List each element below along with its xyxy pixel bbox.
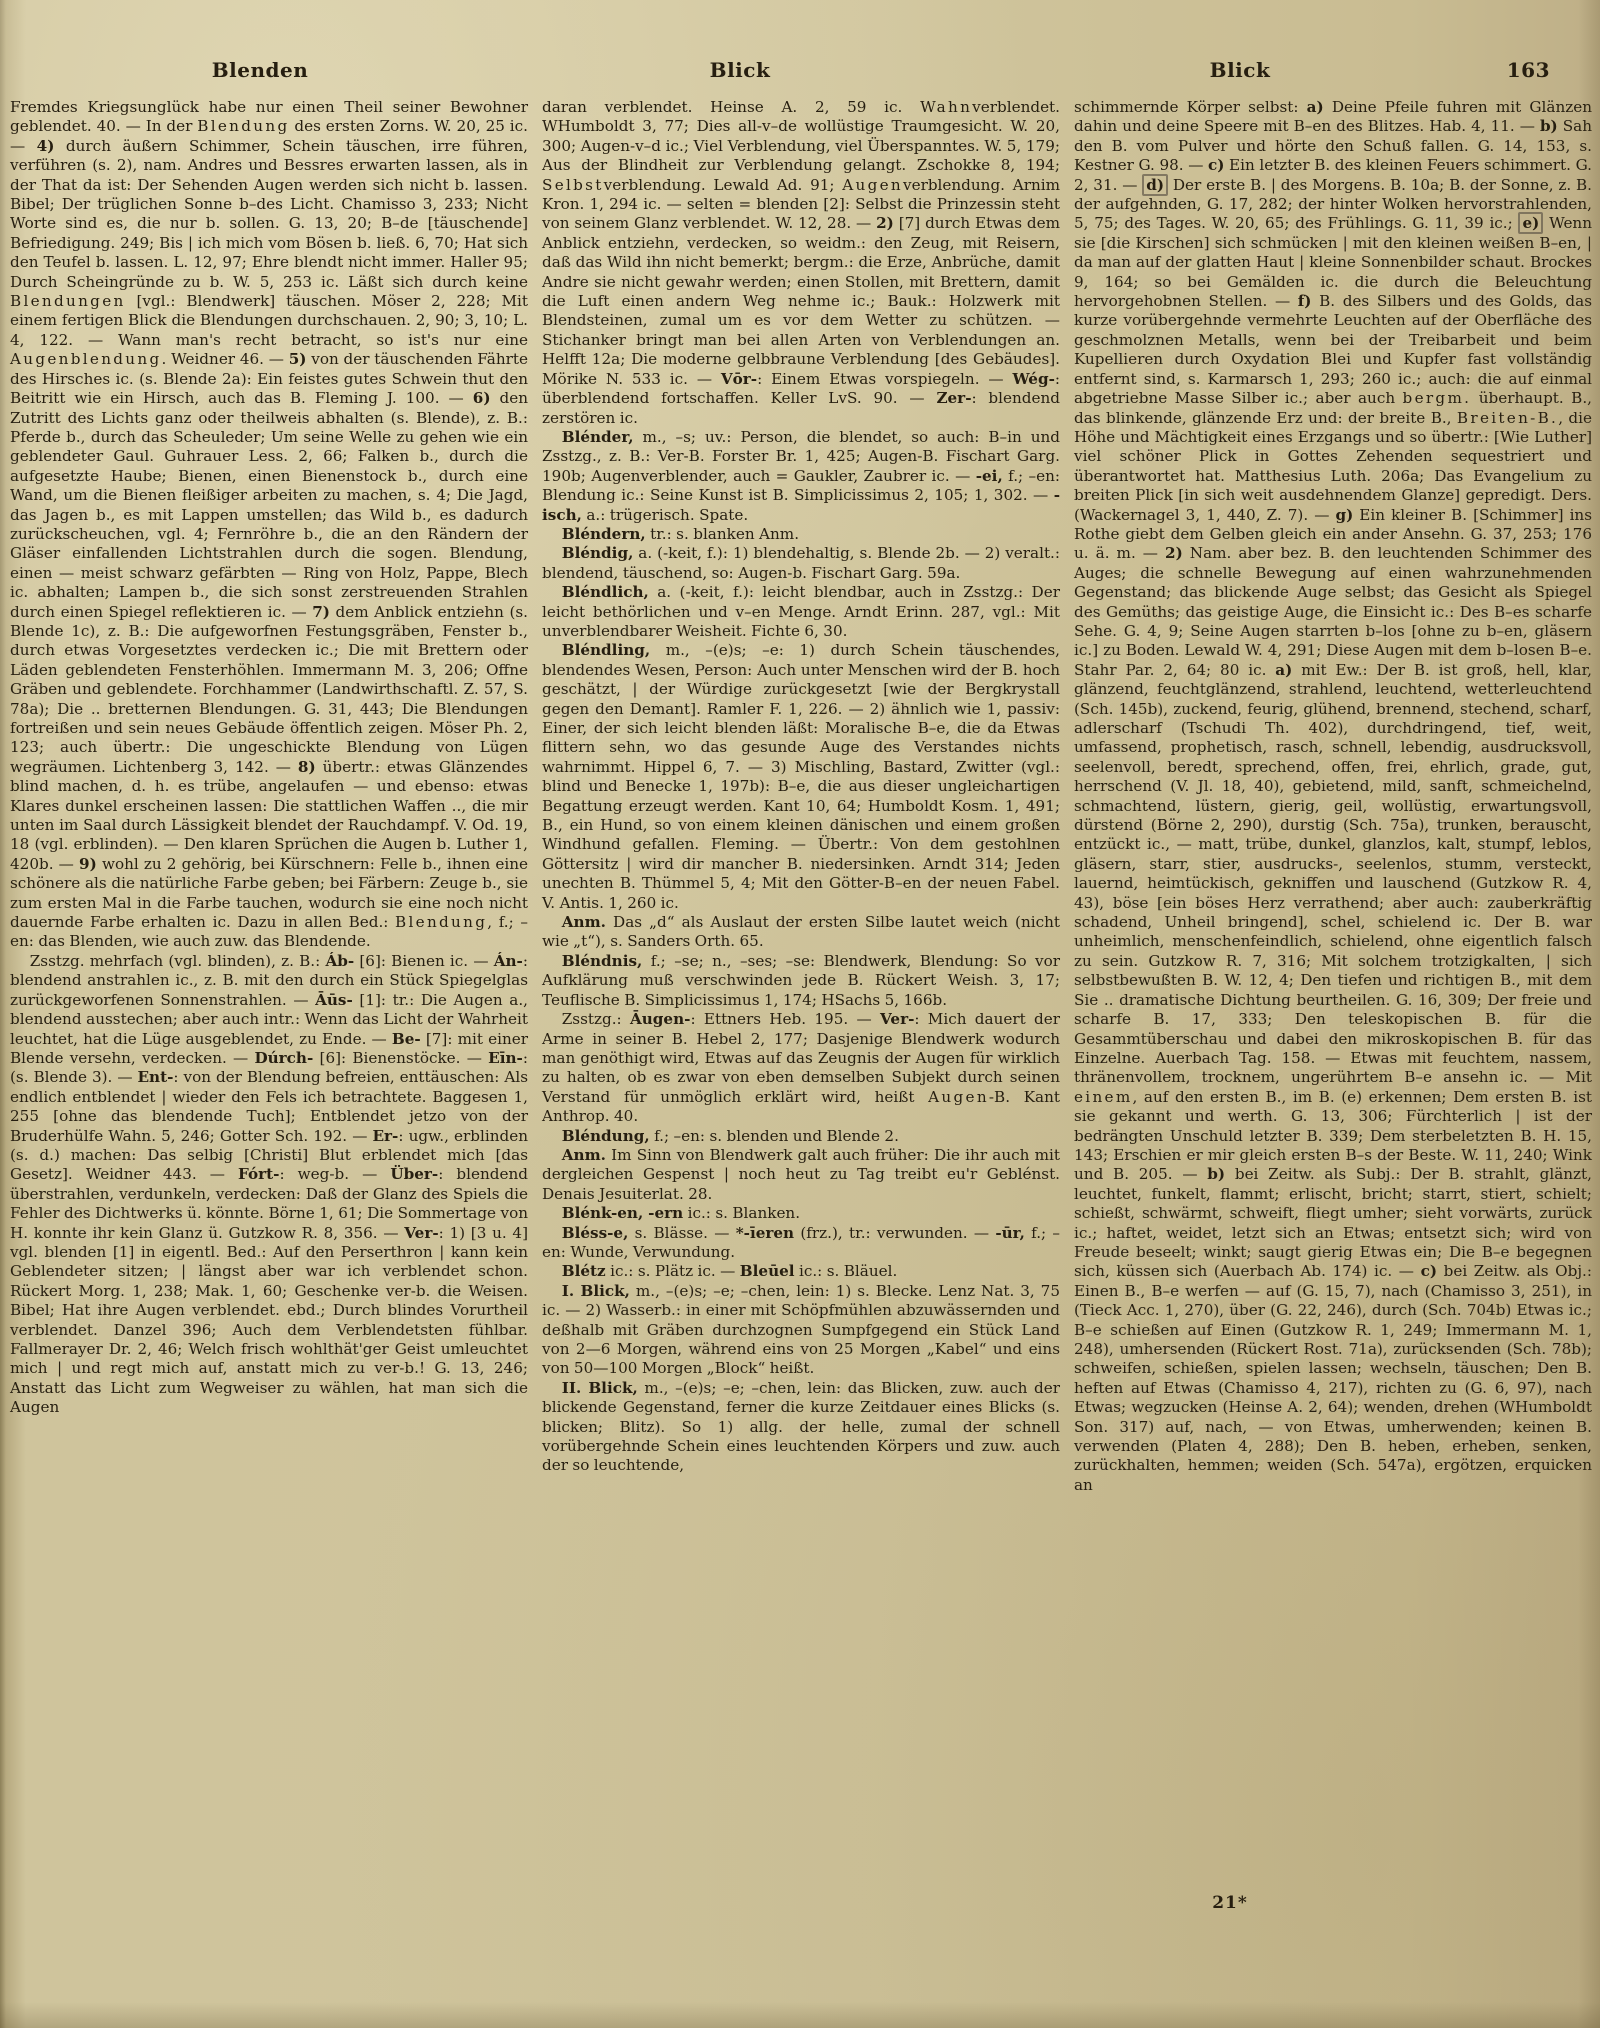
headword: Āugen- (630, 1010, 690, 1028)
headword: c) (1208, 156, 1224, 174)
headword: -ūr, (995, 1224, 1025, 1242)
headword: 6) (473, 389, 491, 407)
text-run: : Einem Etwas vorspiegeln. — (757, 370, 1012, 388)
paragraph: Bléndig, a. (-keit, f.): 1) blendehaltig… (542, 544, 1060, 583)
text-run: ic.: s. Bläuel. (795, 1262, 898, 1280)
headword: Anm. (562, 1146, 606, 1164)
headword: Eīn- (488, 1049, 523, 1067)
headword: 7) (312, 603, 330, 621)
headword: 9) (79, 855, 97, 873)
spaced-text: Selbst (542, 176, 604, 194)
headword: Blétz (562, 1262, 606, 1280)
text-run: Im Sinn von Blendwerk galt auch früher: … (542, 1146, 1060, 1203)
text-run: s. Blässe. — (628, 1224, 735, 1242)
paragraph: Blétz ic.: s. Plätz ic. — Bleūel ic.: s.… (542, 1262, 1060, 1281)
sheet-signature: 21* (1150, 1893, 1310, 1913)
spaced-text: Augen (842, 176, 903, 194)
text-run: : Ettners Heb. 195. — (690, 1010, 880, 1028)
paragraph: Bléndung, f.; –en: s. blenden und Blende… (542, 1127, 1060, 1146)
page-number: 163 (1420, 58, 1550, 82)
text-run: bei Zeitw. als Obj.: Einen B., B–e werfe… (1074, 1262, 1592, 1493)
headword: a) (1307, 98, 1324, 116)
scanned-dictionary-page: { "page": { "header": { "left": "Blenden… (0, 0, 1600, 2028)
text-run: dem Anblick entziehn (s. Blende 1c), z. … (10, 603, 528, 776)
text-run: (frz.), tr.: verwunden. — (794, 1224, 995, 1242)
headword: Bléndlich, (562, 583, 649, 601)
headword: Bléndnis, (562, 952, 643, 970)
headword: b) (1540, 117, 1558, 135)
paragraph: Bléss-e, s. Blässe. — *-īeren (frz.), tr… (542, 1224, 1060, 1263)
headword: Bléndig, (562, 544, 634, 562)
spaced-text: Augenblendung (10, 350, 162, 368)
text-run: den Zutritt des Lichts ganz oder theilwe… (10, 389, 528, 620)
paragraph: Zsstzg.: Āugen-: Ettners Heb. 195. — Ver… (542, 1010, 1060, 1126)
headword: Áb- (325, 952, 354, 970)
pencil-annotation: e) (1518, 212, 1543, 234)
text-run: : 1) [3 u. 4] vgl. blenden [1] in eigent… (10, 1224, 528, 1417)
spaced-text: einem (1074, 1088, 1133, 1106)
headword: Bléss-e, (562, 1224, 629, 1242)
spaced-text: Blendung (395, 913, 487, 931)
text-area: Fremdes Kriegsunglück habe nur einen The… (10, 98, 1592, 1495)
headword: a) (1275, 661, 1292, 679)
headword: 8) (298, 758, 316, 776)
headword: Blénder, (562, 428, 634, 446)
spaced-text: Blendungen (10, 292, 126, 310)
text-run: Zsstzg. mehrfach (vgl. blinden), z. B.: (30, 952, 326, 970)
text-run: m., –(e)s; –e: 1) durch Schein täuschend… (542, 641, 1060, 911)
headword: Bleūel (740, 1262, 795, 1280)
paragraph: Fremdes Kriegsunglück habe nur einen The… (10, 98, 528, 952)
column-right: schimmernde Körper selbst: a) Deine Pfei… (1074, 98, 1592, 1495)
spaced-text: Wahn (920, 98, 972, 116)
text-run: daran verblendet. Heinse A. 2, 59 ic. (542, 98, 920, 116)
headword: Āūs- (315, 991, 353, 1009)
running-head-center: Blick (620, 58, 860, 82)
headword: Dúrch- (254, 1049, 313, 1067)
pencil-annotation: d) (1142, 174, 1168, 196)
text-run: . Weidner 46. — (162, 350, 289, 368)
headword: Zer- (936, 389, 971, 407)
headword: c) (1421, 1262, 1437, 1280)
text-run: Nam. aber bez. B. den leuchtenden Schimm… (1074, 544, 1592, 678)
text-run: schimmernde Körper selbst: (1074, 98, 1307, 116)
headword: 5) (289, 350, 307, 368)
headword: Wég- (1012, 370, 1054, 388)
column-middle: daran verblendet. Heinse A. 2, 59 ic. Wa… (542, 98, 1060, 1495)
text-run: f.; –en: s. blenden und Blende 2. (650, 1127, 899, 1145)
text-run: ic.: s. Plätz ic. — (606, 1262, 740, 1280)
paragraph: Anm. Das „d“ als Auslaut der ersten Silb… (542, 913, 1060, 952)
paragraph: II. Blick, m., –(e)s; –e; –chen, lein: d… (542, 1379, 1060, 1476)
paragraph: schimmernde Körper selbst: a) Deine Pfei… (1074, 98, 1592, 1495)
running-head-right: Blick (1120, 58, 1360, 82)
running-head: Blenden Blick Blick 163 (0, 58, 1600, 92)
page-edge-shadow-right (1578, 0, 1600, 2028)
headword: Ent- (137, 1068, 173, 1086)
paragraph: Bléndling, m., –(e)s; –e: 1) durch Schei… (542, 641, 1060, 913)
headword: *-īeren (736, 1224, 794, 1242)
spaced-text: Breiten-B. (1457, 409, 1558, 427)
spaced-text: Augen (928, 1088, 989, 1106)
headword: II. Blick, (562, 1379, 638, 1397)
headword: 2) (876, 214, 894, 232)
paragraph: Bléndern, tr.: s. blanken Anm. (542, 525, 1060, 544)
column-left: Fremdes Kriegsunglück habe nur einen The… (10, 98, 528, 1495)
headword: Ver- (404, 1224, 438, 1242)
paragraph: Bléndlich, a. (-keit, f.): leicht blendb… (542, 583, 1060, 641)
headword: f) (1298, 292, 1312, 310)
paragraph: Bléndnis, f.; –se; n., –ses; –se: Blendw… (542, 952, 1060, 1010)
page-edge-shadow-bottom (0, 2002, 1600, 2028)
text-run: durch äußern Schimmer, Schein täuschen, … (10, 137, 528, 291)
headword: Án- (494, 952, 523, 970)
headword: Bléndling, (562, 641, 650, 659)
text-run: Das „d“ als Auslaut der ersten Silbe lau… (542, 913, 1060, 950)
text-run: verblendung. Lewald Ad. 91; (604, 176, 843, 194)
headword: Fórt- (238, 1165, 279, 1183)
headword: b) (1207, 1165, 1225, 1183)
headword: Anm. (562, 913, 606, 931)
paragraph: Anm. Im Sinn von Blendwerk galt auch frü… (542, 1146, 1060, 1204)
text-run: [6]: Bienenstöcke. — (313, 1049, 488, 1067)
text-run: ic.: s. Blanken. (683, 1204, 800, 1222)
text-run: mit Ew.: Der B. ist groß, hell, klar, gl… (1074, 661, 1592, 1087)
text-run: a.: trügerisch. Spate. (582, 506, 748, 524)
headword: Bléndern, (562, 525, 646, 543)
headword: -ei, (976, 467, 1003, 485)
headword: 4) (37, 137, 55, 155)
headword: g) (1335, 506, 1353, 524)
paragraph: daran verblendet. Heinse A. 2, 59 ic. Wa… (542, 98, 1060, 428)
spaced-text: Blendung (197, 117, 289, 135)
text-run: [6]: Bienen ic. — (354, 952, 494, 970)
spaced-text: bergm. (1403, 389, 1472, 407)
paragraph: Zsstzg. mehrfach (vgl. blinden), z. B.: … (10, 952, 528, 1418)
headword: Er- (372, 1127, 398, 1145)
paragraph: Blénder, m., –s; uv.: Person, die blende… (542, 428, 1060, 525)
headword: Blénk-en, -ern (562, 1204, 683, 1222)
headword: Bléndung, (562, 1127, 650, 1145)
headword: 2) (1165, 544, 1183, 562)
text-run: tr.: s. blanken Anm. (646, 525, 799, 543)
headword: Be- (392, 1030, 421, 1048)
headword: Ver- (880, 1010, 914, 1028)
paragraph: Blénk-en, -ern ic.: s. Blanken. (542, 1204, 1060, 1223)
headword: I. Blick, (562, 1282, 630, 1300)
headword: Über- (390, 1165, 438, 1183)
text-run: Zsstzg.: (562, 1010, 630, 1028)
headword: Vōr- (721, 370, 757, 388)
running-head-left: Blenden (140, 58, 380, 82)
paragraph: I. Blick, m., –(e)s; –e; –chen, lein: 1)… (542, 1282, 1060, 1379)
text-run: : weg-b. — (279, 1165, 390, 1183)
text-run: [7] durch Etwas dem Anblick entziehn, ve… (542, 214, 1060, 387)
